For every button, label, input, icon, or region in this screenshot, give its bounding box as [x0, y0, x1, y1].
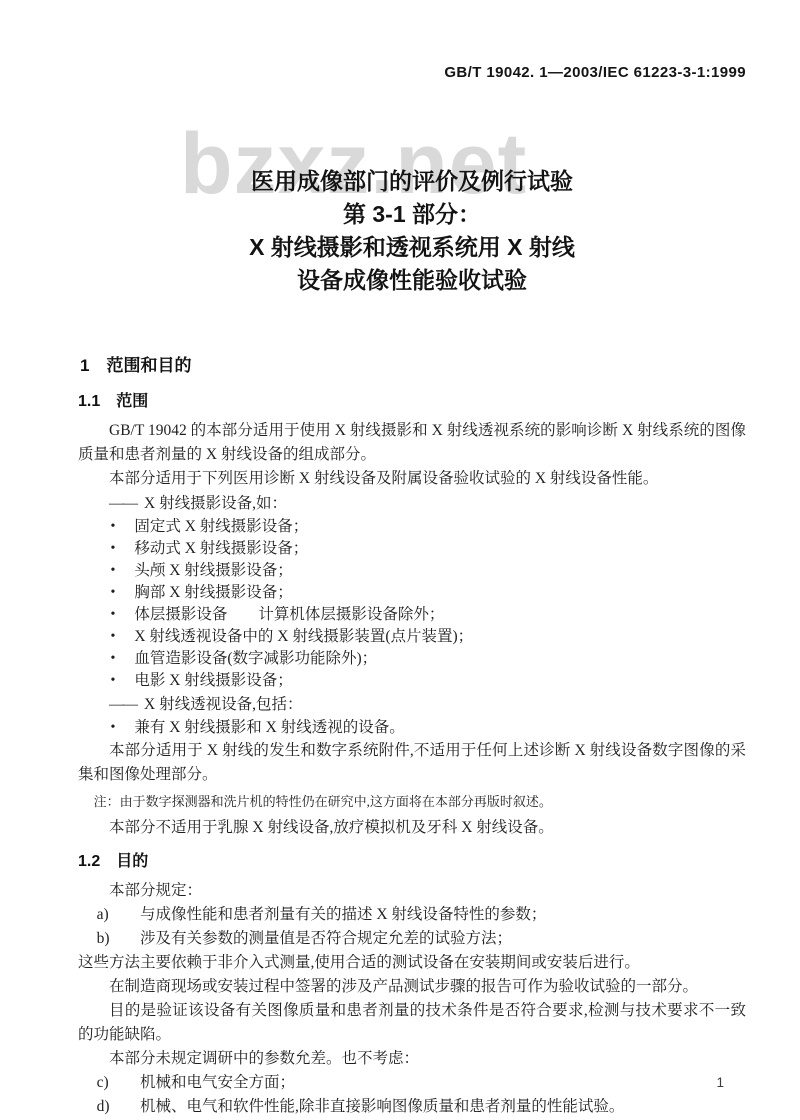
title-block: bzxz.net 医用成像部门的评价及例行试验第 3-1 部分：X 射线摄影和透… [78, 165, 746, 297]
bullet-list-item: •电影 X 射线摄影设备； [111, 670, 746, 692]
paragraph: 本部分不适用于乳腺 X 射线设备,放疗模拟机及牙科 X 射线设备。 [78, 816, 746, 840]
bullet-list-item: •体层摄影设备 计算机体层摄影设备除外； [111, 604, 746, 626]
list-item-text: 机械、电气和软件性能,除非直接影响图像质量和患者剂量的性能试验。 [140, 1095, 624, 1119]
list-item-text: 涉及有关参数的测量值是否符合规定允差的试验方法； [140, 927, 512, 951]
document-title-line: X 射线摄影和透视系统用 X 射线 [78, 231, 746, 264]
list-item-text: 兼有 X 射线摄影和 X 射线透视的设备。 [134, 717, 404, 739]
paragraph: 本部分未规定调研中的参数允差。也不考虑： [78, 1047, 746, 1071]
subsection-heading: 1.1 范围 [78, 388, 746, 411]
lettered-list-item: a)与成像性能和患者剂量有关的描述 X 射线设备特性的参数； [97, 903, 746, 927]
bullet-list-item: •血管造影设备(数字减影功能除外)； [111, 648, 746, 670]
section-heading: 1 范围和目的 [80, 351, 746, 376]
lettered-list-item: c)机械和电气安全方面； [97, 1071, 746, 1095]
list-item-text: 电影 X 射线摄影设备； [134, 670, 292, 692]
list-item-text: X 射线摄影设备,如： [144, 495, 287, 512]
bullet-marker: • [111, 516, 135, 538]
letter-label: b) [97, 927, 140, 951]
list-item-text: 头颅 X 射线摄影设备； [134, 560, 292, 582]
document-body: 1 范围和目的1.1 范围GB/T 19042 的本部分适用于使用 X 射线摄影… [78, 351, 746, 1119]
standard-number: GB/T 19042. 1—2003/IEC 61223-3-1:1999 [78, 64, 746, 81]
document-title-line: 设备成像性能验收试验 [78, 264, 746, 297]
lettered-list-item: d)机械、电气和软件性能,除非直接影响图像质量和患者剂量的性能试验。 [97, 1095, 746, 1119]
letter-label: d) [97, 1095, 140, 1119]
letter-label: c) [97, 1071, 140, 1095]
list-item-text: 胸部 X 射线摄影设备； [134, 582, 292, 604]
bullet-marker: • [111, 560, 135, 582]
bullet-marker: • [111, 717, 135, 739]
document-title-line: 第 3-1 部分： [78, 198, 746, 231]
paragraph: GB/T 19042 的本部分适用于使用 X 射线摄影和 X 射线透视系统的影响… [78, 419, 746, 467]
paragraph: 本部分适用于下列医用诊断 X 射线设备及附属设备验收试验的 X 射线设备性能。 [78, 467, 746, 491]
list-item-text: 体层摄影设备 计算机体层摄影设备除外； [134, 604, 444, 626]
list-item-text: X 射线透视设备,包括： [144, 696, 302, 713]
bullet-marker: • [111, 538, 135, 560]
bullet-list-item: •胸部 X 射线摄影设备； [111, 582, 746, 604]
bullet-list-item: •头颅 X 射线摄影设备； [111, 560, 746, 582]
dash-marker: —— [109, 495, 136, 512]
document-title-line: 医用成像部门的评价及例行试验 [78, 165, 746, 198]
document-page: GB/T 19042. 1—2003/IEC 61223-3-1:1999 bz… [0, 0, 800, 1120]
bullet-list-item: •固定式 X 射线摄影设备； [111, 516, 746, 538]
dash-list-item: ——X 射线摄影设备,如： [109, 492, 746, 515]
paragraph: 目的是验证该设备有关图像质量和患者剂量的技术条件是否符合要求,检测与技术要求不一… [78, 999, 746, 1047]
list-item-text: X 射线透视设备中的 X 射线摄影装置(点片装置)； [134, 626, 473, 648]
paragraph: 本部分适用于 X 射线的发生和数字系统附件,不适用于任何上述诊断 X 射线设备数… [78, 739, 746, 787]
subsection-heading: 1.2 目的 [78, 848, 746, 871]
list-item-text: 固定式 X 射线摄影设备； [134, 516, 308, 538]
bullet-marker: • [111, 604, 135, 626]
dash-marker: —— [109, 696, 136, 713]
dash-list-item: ——X 射线透视设备,包括： [109, 693, 746, 716]
bullet-list-item: •移动式 X 射线摄影设备； [111, 538, 746, 560]
bullet-list-item: •X 射线透视设备中的 X 射线摄影装置(点片装置)； [111, 626, 746, 648]
bullet-list-item: •兼有 X 射线摄影和 X 射线透视的设备。 [111, 717, 746, 739]
bullet-marker: • [111, 626, 135, 648]
paragraph: 在制造商现场或安装过程中签署的涉及产品测试步骤的报告可作为验收试验的一部分。 [78, 975, 746, 999]
bullet-marker: • [111, 582, 135, 604]
list-item-text: 机械和电气安全方面； [140, 1071, 295, 1095]
lettered-list-item: b)涉及有关参数的测量值是否符合规定允差的试验方法； [97, 927, 746, 951]
bullet-marker: • [111, 648, 135, 670]
note-text: 注：由于数字探测器和洗片机的特性仍在研究中,这方面将在本部分再版时叙述。 [94, 791, 746, 812]
document-title: 医用成像部门的评价及例行试验第 3-1 部分：X 射线摄影和透视系统用 X 射线… [78, 165, 746, 297]
paragraph: 本部分规定： [78, 879, 746, 903]
paragraph: 这些方法主要依赖于非介入式测量,使用合适的测试设备在安装期间或安装后进行。 [78, 951, 746, 975]
list-item-text: 移动式 X 射线摄影设备； [134, 538, 308, 560]
letter-label: a) [97, 903, 140, 927]
list-item-text: 血管造影设备(数字减影功能除外)； [134, 648, 377, 670]
bullet-marker: • [111, 670, 135, 692]
list-item-text: 与成像性能和患者剂量有关的描述 X 射线设备特性的参数； [140, 903, 546, 927]
